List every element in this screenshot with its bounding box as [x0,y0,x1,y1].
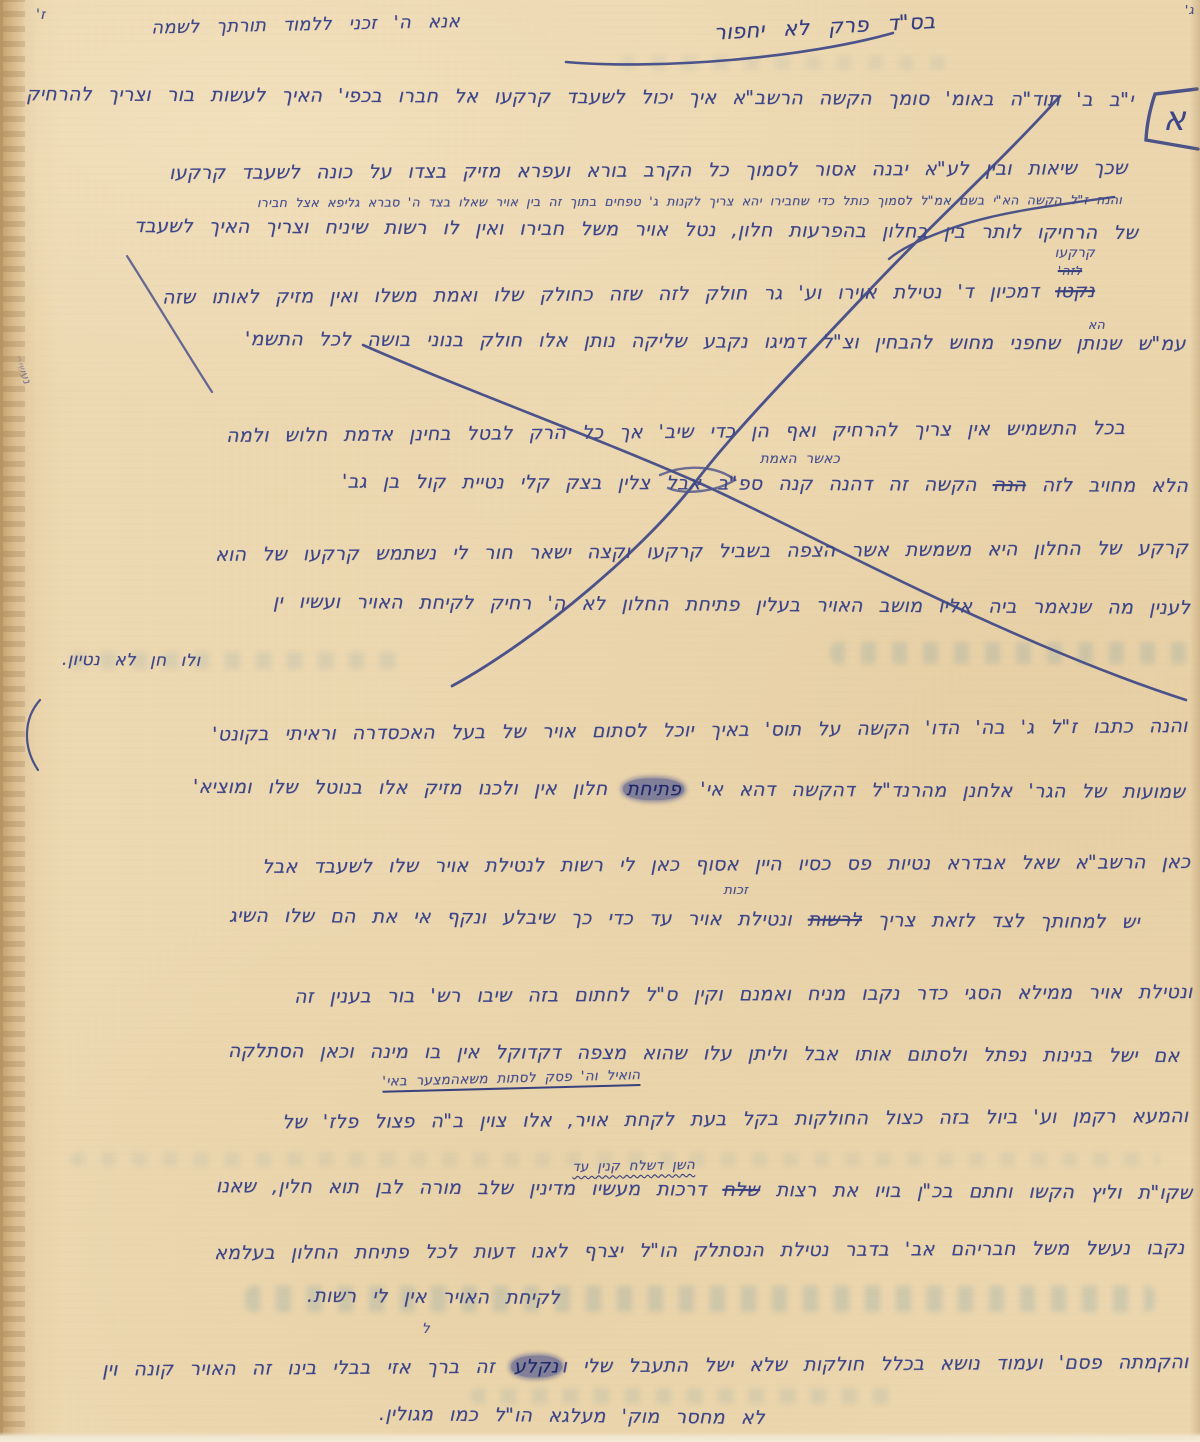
line-text: כאשר האמת [760,451,840,467]
line-text: השן דשלח קנין עד [572,1157,695,1175]
interlinear-insert: קרקעו [1055,246,1095,261]
paper-right-edge-shadow [1190,0,1200,1442]
paragraph-brace [27,700,40,770]
line-text: שמועות של הגר' אלחנן מהרנד"ל דהקשה דהא א… [684,778,1185,803]
line-text: שקו"ת וליץ הקשו וחתם בכ"ן בויו את רצות [759,1179,1192,1204]
scan-bottom-edge [0,1432,1200,1442]
interlinear-insert: לזה' [1058,264,1082,278]
manuscript-line: לקיחת האויר אין לי רשות. [307,1286,560,1309]
interlinear-insert: הא [1088,318,1105,332]
manuscript-line: נקבו נעשל משל חבריהם אב' בדבר נטילת הנסת… [214,1238,1185,1264]
manuscript-line: יש למחותך לצד לזאת צריך לרשות ונטילת אוי… [229,906,1140,933]
line-text: והנה ז"ל הקשה הא"י בשם אמ"ל לסמוך כותל כ… [257,192,1122,210]
line-text: הואיל וה' פסק לסתות משאהמצער באי' [382,1067,640,1090]
line-text: הלא מחויב לזה [1026,474,1188,497]
paper-torn-left-edge [0,0,25,1442]
line-text: עמ"ש שנותן שחפני מחוש להבחין וצ"ל דמיגו … [245,328,1186,355]
ink-blot-word: נקלע [510,1355,561,1377]
manuscript-line: שקו"ת וליץ הקשו וחתם בכ"ן בויו את רצות ש… [215,1176,1192,1204]
line-text: והקמתה פסם' ועמוד נושא בכלל חולקות שלא י… [561,1351,1188,1377]
line-text: והמעא רקמן וע' ביול בזה כצול החולקות בקל… [282,1105,1188,1133]
line-text: הקשה זה דהנה קנה ספ"ב אבל צלין בצק קלי נ… [342,471,993,496]
line-text: י"ב ב' תוד"ה באומ' סומך הקשה הרשב"א איך … [26,83,1134,111]
crossout-stroke-2 [363,345,1186,700]
line-text: בכל התשמיש אין צריך להרחיק ואף הן כדי שי… [226,417,1125,447]
interlinear-insert: והנה ז"ל הקשה הא"י בשם אמ"ל לסמוך כותל כ… [257,193,1122,210]
manuscript-line: י"ב ב' תוד"ה באומ' סומך הקשה הרשב"א איך … [26,84,1134,111]
line-text: אם ישל בנינות נפתל ולסתום אותו אבל וליתן… [228,1040,1180,1067]
manuscript-line: ונטילת אויר ממילא הסגי כדר נקבו מניח ואמ… [294,982,1193,1008]
line-text: לא מחסר מוק' מעלגא הו"ל כמו מגולין. [379,1403,765,1429]
crossout-stroke-3 [127,256,212,392]
manuscript-line: עמ"ש שנותן שחפני מחוש להבחין וצ"ל דמיגו … [245,329,1186,355]
line-text: הא [1088,317,1105,332]
manuscript-line: ולו חן לא נטיון. [62,651,201,671]
manuscript-line: והמעא רקמן וע' ביול בזה כצול החולקות בקל… [282,1106,1188,1133]
manuscript-line: לא מחסר מוק' מעלגא הו"ל כמו מגולין. [379,1404,765,1429]
line-text: ל [422,1321,430,1337]
interlinear-insert: הואיל וה' פסק לסתות משאהמצער באי' [382,1068,640,1093]
line-text: חלון אין ולכנו מזיק אלו בנוטל שלו ומוציא… [193,776,623,800]
line-text: והנה כתבו ז"ל ג' בה' הדו' הקשה על תוס' ב… [213,715,1189,746]
line-text: דרכות מעשיו מדינין שלב מורה לבן תוא חלין… [215,1175,722,1201]
line-text: לקיחת האויר אין לי רשות. [307,1285,560,1309]
manuscript-line: של הרחיקו לותר בין בחלון בהפרעות חלון, נ… [134,216,1138,244]
manuscript-line: קרקע של החלון היא משמשת אשר הצפה בשביל ק… [215,538,1188,566]
manuscript-line: כאן הרשב"א שאל אבדרא נטיות פס כסיו היין … [262,852,1190,878]
line-text: נקבו נעשל משל חבריהם אב' בדבר נטילת הנסת… [214,1237,1185,1264]
interlinear-insert: כאשר האמת [760,452,840,467]
struck-word: נקטו [1055,280,1095,302]
ink-blot-word: פתיחת [623,778,684,800]
line-text: קרקעו [1055,245,1095,261]
line-text: דמכיון ד' נטילת אוירו וע' גר חולק לזה שז… [162,280,1055,308]
manuscript-line: הלא מחויב לזה הנה הקשה זה דהנה קנה ספ"ב … [342,472,1188,497]
manuscript-page: ז' ג' אנא ה' זכני ללמוד תורתך לשמה בס"ד … [0,0,1200,1442]
line-text: ונטילת אויר עד כדי כך שיבלע ונקף אי את ה… [229,905,808,931]
page-title: בס"ד פרק לא יחפור [714,10,937,45]
line-text: קרקע של החלון היא משמשת אשר הצפה בשביל ק… [215,537,1188,566]
bleed-through-ghost [470,1388,900,1404]
bleed-through-ghost [830,642,1190,664]
struck-word: לזה' [1058,263,1082,278]
line-text: שכך שיאות ובין לע"א יבנה אסור לסמוך כל ה… [169,157,1128,184]
manuscript-line: אם ישל בנינות נפתל ולסתום אותו אבל וליתן… [228,1041,1180,1067]
line-text: לענין מה שנאמר ביה אליו מושב האויר בעלין… [273,591,1190,619]
manuscript-line: בכל התשמיש אין צריך להרחיק ואף הן כדי שי… [226,418,1125,447]
interlinear-insert: השן דשלח קנין עד [572,1158,695,1175]
line-text: כאן הרשב"א שאל אבדרא נטיות פס כסיו היין … [262,851,1190,878]
manuscript-line: שמועות של הגר' אלחנן מהרנד"ל דהקשה דהא א… [193,777,1185,803]
manuscript-line: והקמתה פסם' ועמוד נושא בכלל חולקות שלא י… [102,1352,1189,1380]
manuscript-line: והנה כתבו ז"ל ג' בה' הדו' הקשה על תוס' ב… [213,716,1189,745]
blessing-line: אנא ה' זכני ללמוד תורתך לשמה [151,12,460,38]
struck-word: שלח [722,1179,760,1201]
manuscript-line: נקטו דמכיון ד' נטילת אוירו וע' גר חולק ל… [162,281,1095,308]
corner-mark-left: ז' [36,8,45,23]
line-text: ונטילת אויר ממילא הסגי כדר נקבו מניח ואמ… [294,981,1193,1008]
line-text: יש למחותך לצד לזאת צריך [862,909,1140,933]
line-text: ולו חן לא נטיון. [62,650,201,671]
line-text: זכות [723,883,748,898]
manuscript-line: לענין מה שנאמר ביה אליו מושב האויר בעלין… [273,592,1190,619]
line-text: של הרחיקו לותר בין בחלון בהפרעות חלון, נ… [134,215,1138,244]
bleed-through-ghost [620,56,950,70]
struck-word: הנה [992,474,1025,496]
interlinear-insert: זכות [723,884,748,898]
section-marker-aleph: א [1163,99,1187,139]
struck-word: לרשות [808,909,862,931]
line-text: זה ברך אזי בבלי בינו זה האויר קונה וין [102,1356,511,1381]
manuscript-line: שכך שיאות ובין לע"א יבנה אסור לסמוך כל ה… [169,158,1128,184]
interlinear-insert: ל [422,1322,430,1337]
